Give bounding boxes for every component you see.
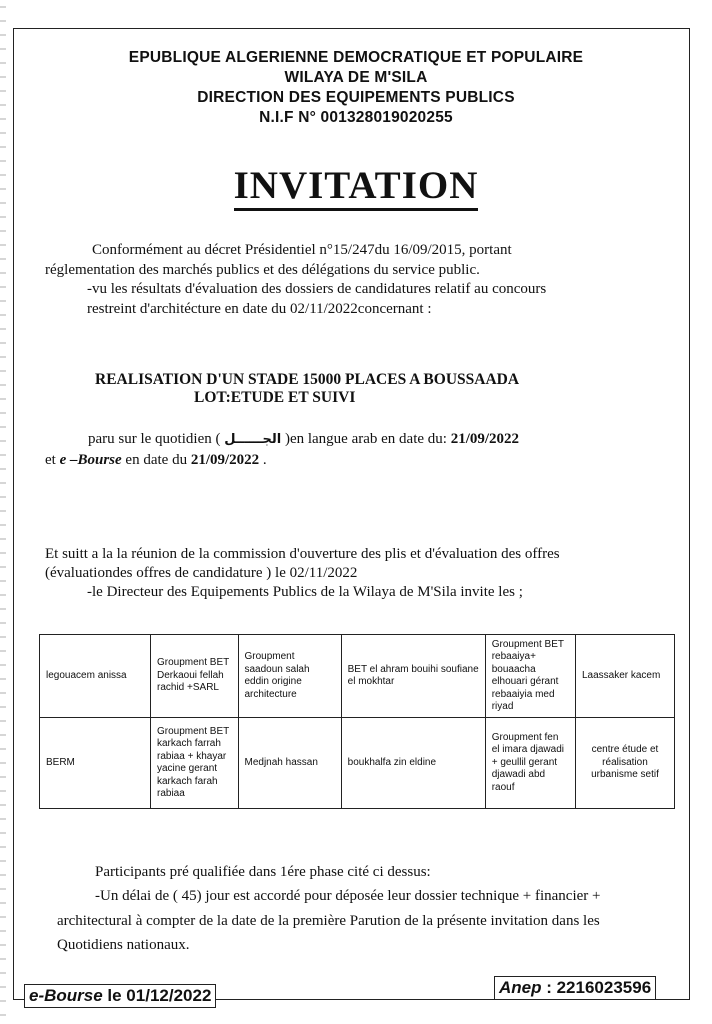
document-header: EPUBLIQUE ALGERIENNE DEMOCRATIQUE ET POP…	[0, 48, 712, 128]
table-cell: Groupment BET Derkaoui fellah rachid +SA…	[151, 635, 239, 718]
publication-line2-mid: en date du	[122, 452, 191, 468]
header-direction: DIRECTION DES EQUIPEMENTS PUBLICS	[0, 88, 712, 108]
publication-prefix: paru sur le quotidien (	[88, 431, 220, 447]
table-cell: Groupment saadoun salah eddin origine ar…	[238, 635, 341, 718]
commission-line-2: (évaluationdes offres de candidature ) l…	[45, 564, 357, 583]
ebourse-label: e-Bourse	[29, 986, 103, 1005]
table-row: BERM Groupment BET karkach farrah rabiaa…	[40, 718, 675, 809]
intro-line-1: Conformément au décret Présidentiel n°15…	[92, 241, 512, 260]
table-cell: centre étude et réalisation urbanisme se…	[575, 718, 674, 809]
closing-line-3: architectural à compter de la date de la…	[57, 912, 600, 931]
publication-line-2: et e –Bourse en date du 21/09/2022 .	[45, 451, 267, 470]
closing-line-2: -Un délai de ( 45) jour est accordé pour…	[95, 887, 600, 906]
scan-edge-artifact	[0, 0, 6, 1024]
ebourse-stamp-date: le 01/12/2022	[103, 986, 212, 1005]
closing-line-1: Participants pré qualifiée dans 1ére pha…	[95, 863, 431, 882]
table-cell: BERM	[40, 718, 151, 809]
anep-reference-stamp: Anep : 2216023596	[494, 976, 656, 1000]
document-title-wrap: INVITATION	[0, 164, 712, 211]
candidates-table: legouacem anissa Groupment BET Derkaoui …	[39, 634, 675, 809]
table-cell: boukhalfa zin eldine	[341, 718, 485, 809]
intro-line-4: restreint d'architécture en date du 02/1…	[87, 300, 432, 319]
intro-line-3: -vu les résultats d'évaluation des dossi…	[87, 280, 546, 299]
commission-line-3: -le Directeur des Equipements Publics de…	[87, 583, 523, 602]
publication-line2-prefix: et	[45, 452, 60, 468]
header-nif: N.I.F N° 001328019020255	[0, 108, 712, 128]
table-cell: Medjnah hassan	[238, 718, 341, 809]
publication-line-1: paru sur le quotidien ( الجــــــل )en l…	[88, 430, 519, 449]
document-title: INVITATION	[234, 164, 479, 211]
project-lot: LOT:ETUDE ET SUIVI	[194, 389, 355, 407]
header-republic: EPUBLIQUE ALGERIENNE DEMOCRATIQUE ET POP…	[0, 48, 712, 68]
header-wilaya: WILAYA DE M'SILA	[0, 68, 712, 88]
publication-line2-end: .	[259, 452, 267, 468]
ebourse-date-stamp: e-Bourse le 01/12/2022	[24, 984, 216, 1008]
closing-line-4: Quotidiens nationaux.	[57, 936, 189, 955]
table-cell: BET el ahram bouihi soufiane el mokhtar	[341, 635, 485, 718]
table-cell: Groupment BET rebaaiya+ bouaacha elhouar…	[485, 635, 575, 718]
table-cell: Groupment fen el imara djawadi + geullil…	[485, 718, 575, 809]
intro-line-2: réglementation des marchés publics et de…	[45, 261, 480, 280]
project-title: REALISATION D'UN STADE 15000 PLACES A BO…	[95, 371, 519, 389]
publication-suffix: )en langue arab en date du:	[285, 431, 447, 447]
table-cell: Groupment BET karkach farrah rabiaa + kh…	[151, 718, 239, 809]
commission-line-1: Et suitt a la la réunion de la commissio…	[45, 545, 560, 564]
ebourse-date: 21/09/2022	[191, 452, 259, 468]
table-cell: Laassaker kacem	[575, 635, 674, 718]
table-cell: legouacem anissa	[40, 635, 151, 718]
anep-label: Anep	[499, 978, 542, 997]
ebourse-name: e –Bourse	[60, 452, 122, 468]
newspaper-date: 21/09/2022	[451, 431, 519, 447]
anep-number: : 2216023596	[542, 978, 652, 997]
newspaper-name-arabic: الجــــــل	[224, 432, 281, 447]
table-row: legouacem anissa Groupment BET Derkaoui …	[40, 635, 675, 718]
